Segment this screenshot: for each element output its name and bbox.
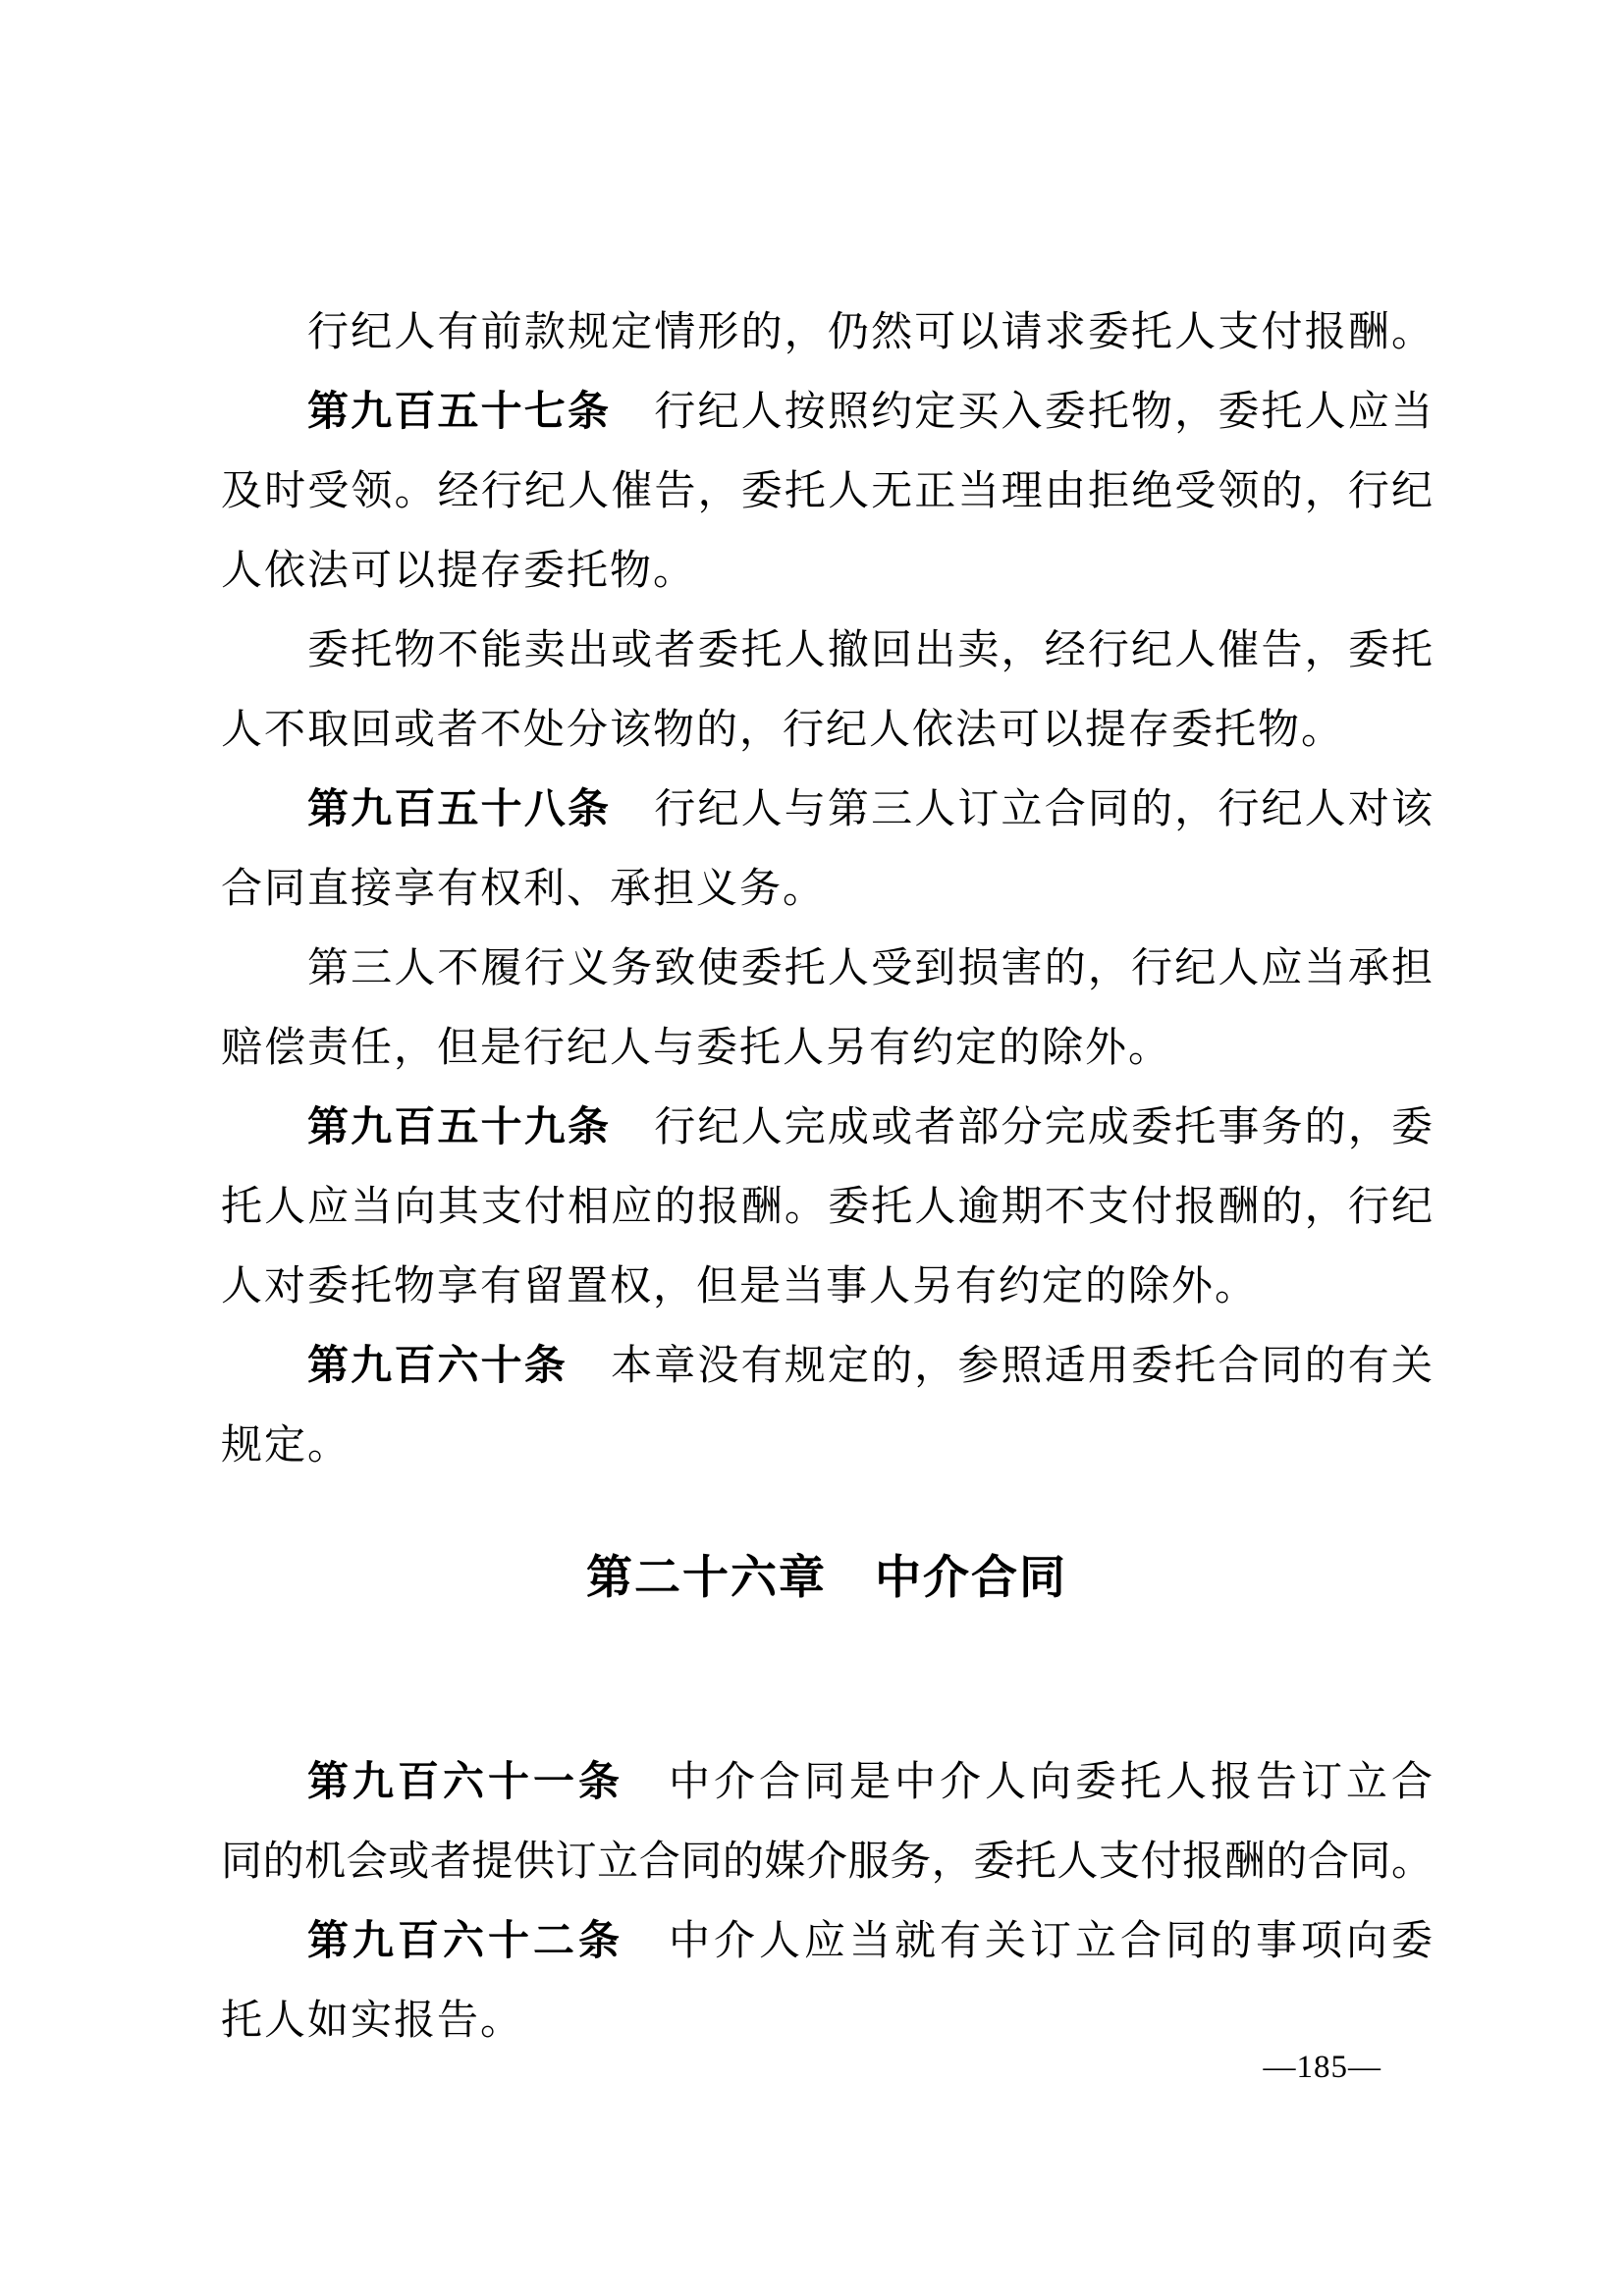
text-line: 第九百六十一条 中介合同是中介人向委托人报告订立合 <box>221 1743 1433 1823</box>
text-line: 第九百五十九条 行纪人完成或者部分完成委托事务的，委 <box>221 1089 1433 1168</box>
article-text: 本章没有规定的，参照适用委托合同的有关 <box>568 1344 1433 1389</box>
page-number: —185— <box>1264 2048 1382 2087</box>
text-line: 第三人不履行义务致使委托人受到损害的，行纪人应当承担 <box>221 930 1433 1009</box>
article-text: 中介人应当就有关订立合同的事项向委 <box>623 1919 1433 1964</box>
article-text: 及时受领。经行纪人催告，委托人无正当理由拒绝受领的，行纪 <box>221 469 1433 514</box>
article-number: 第九百五十八条 <box>307 787 611 832</box>
article-text: 人依法可以提存委托物。 <box>221 549 696 594</box>
text-line: 第九百六十二条 中介人应当就有关订立合同的事项向委 <box>221 1902 1433 1982</box>
section-intermediary-contract-articles: 第九百六十一条 中介合同是中介人向委托人报告订立合同的机会或者提供订立合同的媒介… <box>221 1743 1433 2061</box>
article-number: 第九百六十条 <box>307 1344 568 1389</box>
text-line: 人对委托物享有留置权，但是当事人另有约定的除外。 <box>221 1248 1433 1327</box>
text-line: 人依法可以提存委托物。 <box>221 532 1433 612</box>
text-line: 委托物不能卖出或者委托人撤回出卖，经行纪人催告，委托 <box>221 612 1433 691</box>
article-text: 人对委托物享有留置权，但是当事人另有约定的除外。 <box>221 1264 1258 1309</box>
section-brokerage-contract-articles: 行纪人有前款规定情形的，仍然可以请求委托人支付报酬。第九百五十七条 行纪人按照约… <box>221 294 1433 1486</box>
article-text: 赔偿责任，但是行纪人与委托人另有约定的除外。 <box>221 1026 1171 1071</box>
text-line: 合同直接享有权利、承担义务。 <box>221 850 1433 930</box>
text-line: 第九百六十条 本章没有规定的，参照适用委托合同的有关 <box>221 1327 1433 1407</box>
article-number: 第九百六十一条 <box>307 1760 623 1805</box>
text-line: 第九百五十八条 行纪人与第三人订立合同的，行纪人对该 <box>221 771 1433 850</box>
article-text: 行纪人按照约定买入委托物，委托人应当 <box>611 390 1433 435</box>
article-number: 第九百五十七条 <box>307 390 611 435</box>
article-number: 第九百六十二条 <box>307 1919 623 1964</box>
article-text: 托人如实报告。 <box>221 1999 523 2044</box>
text-line: 及时受领。经行纪人催告，委托人无正当理由拒绝受领的，行纪 <box>221 453 1433 532</box>
text-line: 人不取回或者不处分该物的，行纪人依法可以提存委托物。 <box>221 691 1433 771</box>
article-text: 委托物不能卖出或者委托人撤回出卖，经行纪人催告，委托 <box>307 628 1433 673</box>
article-text: 第三人不履行义务致使委托人受到损害的，行纪人应当承担 <box>307 946 1433 991</box>
page-content: 行纪人有前款规定情形的，仍然可以请求委托人支付报酬。第九百五十七条 行纪人按照约… <box>221 294 1433 2061</box>
article-text: 托人应当向其支付相应的报酬。委托人逾期不支付报酬的，行纪 <box>221 1185 1433 1230</box>
article-text: 行纪人完成或者部分完成委托事务的，委 <box>611 1105 1433 1150</box>
article-text: 同的机会或者提供订立合同的媒介服务，委托人支付报酬的合同。 <box>221 1840 1433 1885</box>
text-line: 赔偿责任，但是行纪人与委托人另有约定的除外。 <box>221 1009 1433 1089</box>
article-text: 行纪人有前款规定情形的，仍然可以请求委托人支付报酬。 <box>307 310 1433 355</box>
text-line: 同的机会或者提供订立合同的媒介服务，委托人支付报酬的合同。 <box>221 1823 1433 1902</box>
text-line: 规定。 <box>221 1407 1433 1486</box>
chapter-heading: 第二十六章 中介合同 <box>221 1537 1433 1617</box>
article-text: 中介合同是中介人向委托人报告订立合 <box>623 1760 1433 1805</box>
text-line: 托人如实报告。 <box>221 1982 1433 2061</box>
article-text: 人不取回或者不处分该物的，行纪人依法可以提存委托物。 <box>221 708 1344 753</box>
text-line: 行纪人有前款规定情形的，仍然可以请求委托人支付报酬。 <box>221 294 1433 373</box>
document-page: 行纪人有前款规定情形的，仍然可以请求委托人支付报酬。第九百五十七条 行纪人按照约… <box>0 0 1624 2296</box>
article-text: 规定。 <box>221 1423 351 1468</box>
article-text: 行纪人与第三人订立合同的，行纪人对该 <box>611 787 1433 832</box>
text-line: 托人应当向其支付相应的报酬。委托人逾期不支付报酬的，行纪 <box>221 1168 1433 1248</box>
article-number: 第九百五十九条 <box>307 1105 611 1150</box>
article-text: 合同直接享有权利、承担义务。 <box>221 867 826 912</box>
text-line: 第九百五十七条 行纪人按照约定买入委托物，委托人应当 <box>221 373 1433 453</box>
